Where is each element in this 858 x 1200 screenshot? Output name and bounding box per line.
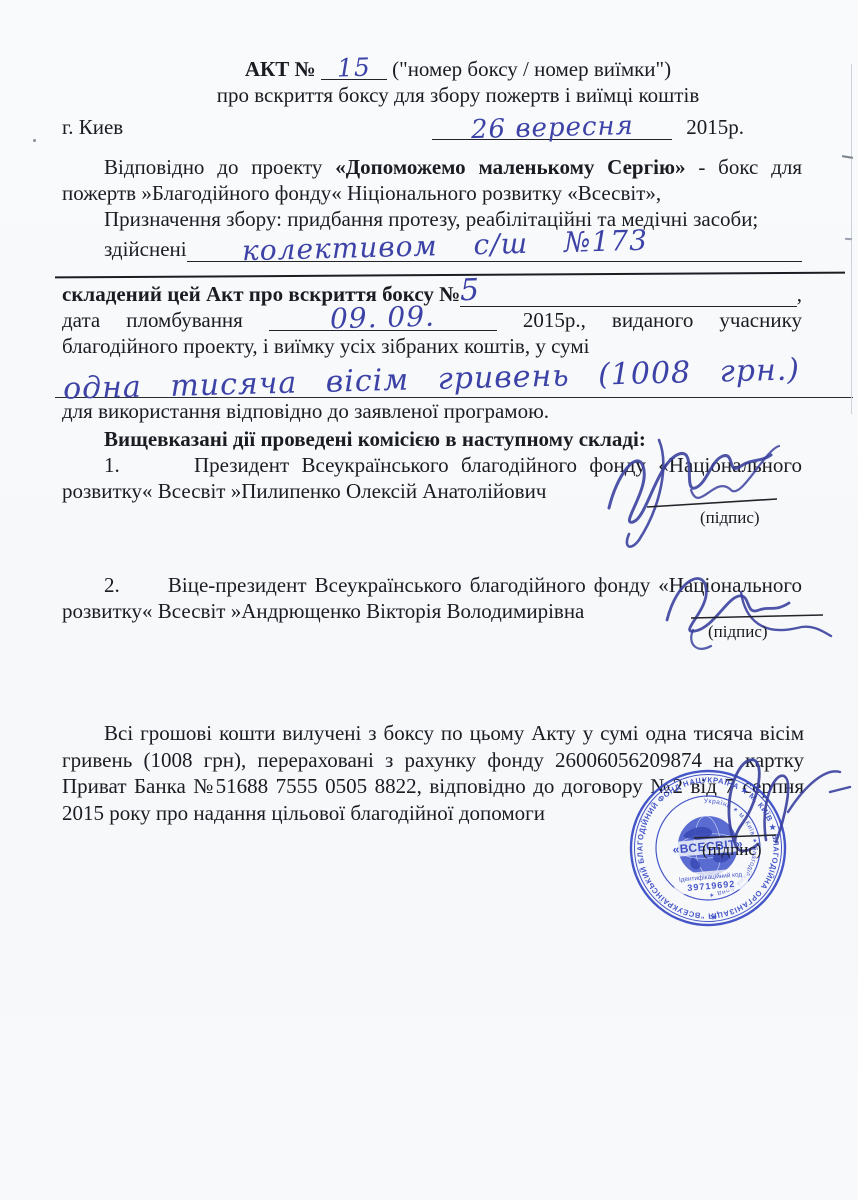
paragraph-project-lead: Відповідно до проекту (104, 155, 335, 179)
sealing-date-label: дата пломбування (62, 308, 243, 332)
document-title-block: АКТ № 15 ("номер боксу / номер виїмки") … (62, 56, 802, 108)
akt-number-handwritten: 15 (337, 58, 371, 79)
signature-1-caption: (підпис) (700, 508, 760, 528)
project-name-bold: «Допоможемо маленькому Сергію» (335, 155, 685, 179)
signature-2-icon (645, 558, 840, 658)
signature-2-caption: (підпис) (708, 622, 768, 642)
signature-3-caption: (підпис) (702, 840, 762, 860)
carried-out-row: здійснені колективом с/ш №173 (62, 234, 802, 262)
sealing-date-handwritten: 09. 09. (330, 306, 436, 331)
box-number-field: 5 (460, 279, 796, 307)
signature-1-block: (підпис) (595, 430, 805, 555)
city-label: г. Киев (62, 114, 123, 140)
carried-out-label: здійснені (62, 236, 187, 262)
akt-subtitle: про вскриття боксу для збору пожертв і в… (114, 82, 802, 108)
date-handwritten: 26 вересня (471, 115, 634, 141)
signature-3-block: (підпис) (680, 748, 858, 873)
akt-title-line: АКТ № 15 ("номер боксу / номер виїмки") (114, 56, 802, 82)
box-number-handwritten: 5 (460, 279, 481, 304)
carried-out-handwritten: колективом с/ш №173 (241, 229, 648, 264)
akt-label: АКТ № (245, 57, 316, 81)
signature-2-block: (підпис) (645, 558, 840, 658)
paragraph-purpose: Призначення збору: придбання протезу, ре… (62, 206, 802, 232)
scan-speck-artifact (33, 139, 36, 142)
city-date-row: г. Киев 26 вересня 2015р. (62, 114, 802, 140)
carried-out-field: колективом с/ш №173 (187, 234, 802, 262)
scan-tick-artifact (842, 155, 853, 159)
stamp-bottom-star: ★ (710, 912, 718, 922)
akt-number-field: 15 (321, 58, 387, 80)
horizontal-rule (55, 272, 845, 279)
scanned-document-page: АКТ № 15 ("номер боксу / номер виїмки") … (0, 0, 858, 1200)
date-field: 26 вересня (432, 117, 672, 140)
akt-note: ("номер боксу / номер виїмки") (392, 57, 671, 81)
scan-tick-artifact (845, 238, 852, 241)
signature-1-icon (595, 430, 805, 555)
box-number-comma: , (797, 281, 802, 307)
paragraph-project: Відповідно до проекту «Допоможемо малень… (62, 154, 802, 206)
year-label: 2015р. (686, 114, 744, 140)
sealing-date-field: 09. 09. (269, 307, 497, 331)
amount-field: одна тисяча вісім гривень (1008 грн.) (55, 363, 853, 398)
paragraph-sealing-date: дата пломбування 09. 09. 2015р., виданог… (62, 307, 802, 359)
